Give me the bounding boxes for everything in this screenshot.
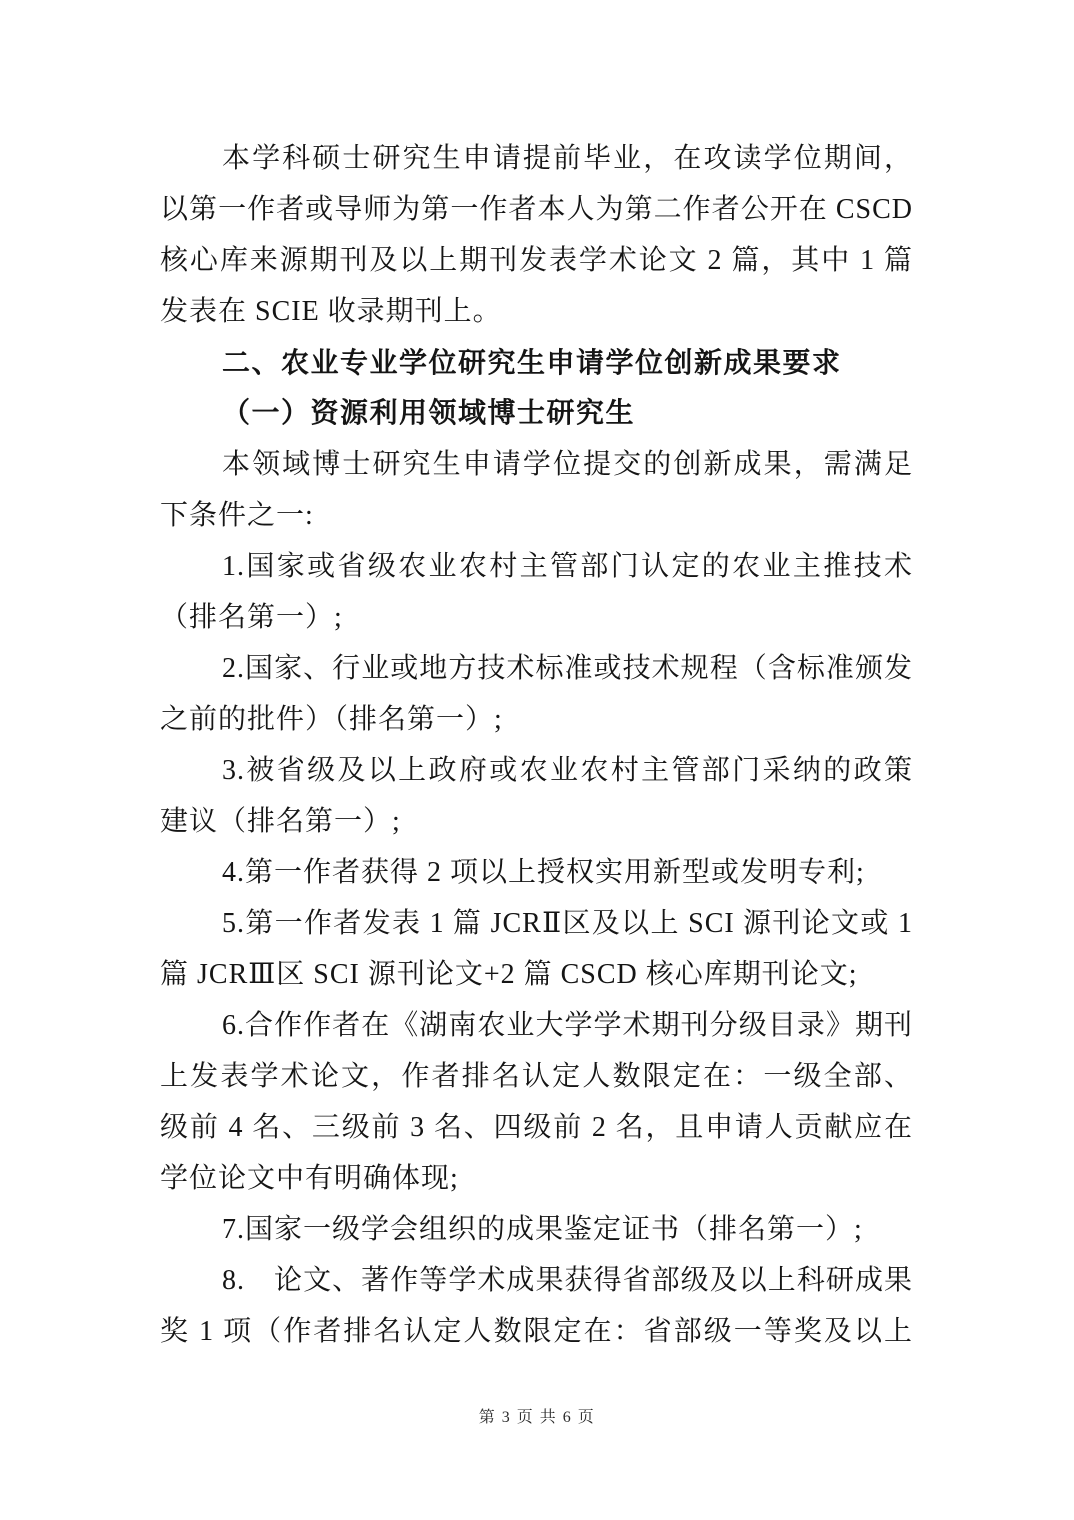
list-item-2-line: 之前的批件）（排名第一）; — [160, 694, 913, 745]
section-heading-agriculture-degree: 二、农业专业学位研究生申请学位创新成果要求 — [160, 337, 913, 388]
list-item-3-line: 3.被省级及以上政府或农业农村主管部门采纳的政策 — [160, 745, 913, 796]
paragraph-line: 以第一作者或导师为第一作者本人为第二作者公开在 CSCD — [160, 184, 913, 235]
paragraph-line: 发表在 SCIE 收录期刊上。 — [160, 286, 913, 337]
list-item-8-line: 奖 1 项（作者排名认定人数限定在：省部级一等奖及以上全 — [160, 1306, 913, 1357]
list-item-6-line: 上发表学术论文，作者排名认定人数限定在：一级全部、二 — [160, 1051, 913, 1102]
paragraph-line: 下条件之一: — [160, 490, 913, 541]
paragraph-line: 本领域博士研究生申请学位提交的创新成果，需满足以 — [160, 439, 913, 490]
list-item-3-line: 建议（排名第一）; — [160, 796, 913, 847]
list-item-7-line: 7.国家一级学会组织的成果鉴定证书（排名第一）; — [160, 1204, 913, 1255]
list-item-2-line: 2.国家、行业或地方技术标准或技术规程（含标准颁发 — [160, 643, 913, 694]
list-item-1-line: （排名第一）; — [160, 592, 913, 643]
list-item-6-line: 学位论文中有明确体现; — [160, 1153, 913, 1204]
paragraph-line: 核心库来源期刊及以上期刊发表学术论文 2 篇，其中 1 篇需 — [160, 235, 913, 286]
subsection-heading-resource-utilization: （一）资源利用领域博士研究生 — [160, 388, 913, 439]
list-item-6-line: 级前 4 名、三级前 3 名、四级前 2 名，且申请人贡献应在其 — [160, 1102, 913, 1153]
list-item-5-line: 5.第一作者发表 1 篇 JCRⅡ区及以上 SCI 源刊论文或 1 — [160, 898, 913, 949]
paragraph-line: 本学科硕士研究生申请提前毕业，在攻读学位期间，需 — [160, 133, 913, 184]
page-number: 第 3 页 共 6 页 — [0, 1406, 1074, 1430]
list-item-4-line: 4.第一作者获得 2 项以上授权实用新型或发明专利; — [160, 847, 913, 898]
list-item-8-line: 8. 论文、著作等学术成果获得省部级及以上科研成果 — [160, 1255, 913, 1306]
document-body: 本学科硕士研究生申请提前毕业，在攻读学位期间，需 以第一作者或导师为第一作者本人… — [160, 133, 913, 1357]
list-item-1-line: 1.国家或省级农业农村主管部门认定的农业主推技术 — [160, 541, 913, 592]
document-page: 本学科硕士研究生申请提前毕业，在攻读学位期间，需 以第一作者或导师为第一作者本人… — [0, 0, 1074, 1520]
list-item-5-line: 篇 JCRⅢ区 SCI 源刊论文+2 篇 CSCD 核心库期刊论文; — [160, 949, 913, 1000]
list-item-6-line: 6.合作作者在《湖南农业大学学术期刊分级目录》期刊 — [160, 1000, 913, 1051]
